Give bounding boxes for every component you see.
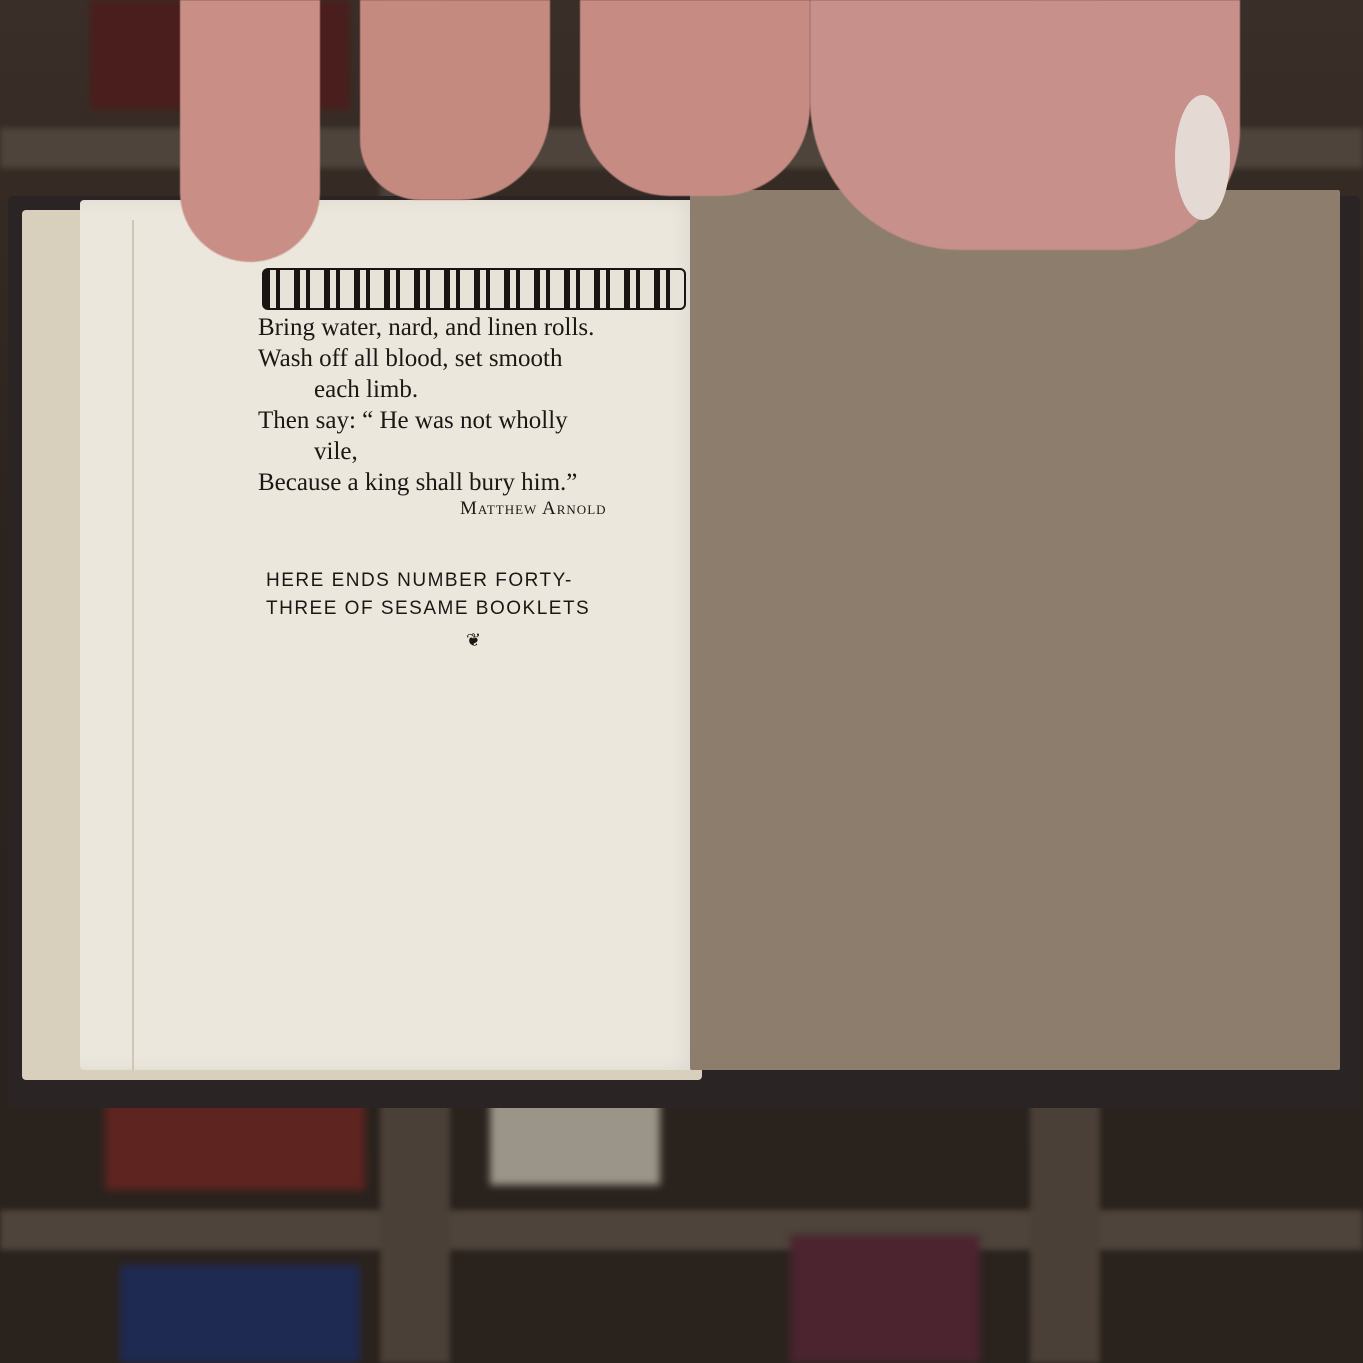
finger-index [180,0,320,262]
poem-text: Bring water, nard, and linen rolls. Wash… [258,312,688,498]
floral-headpiece-ornament [262,268,686,310]
poem-line: Bring water, nard, and linen rolls. [258,312,688,343]
poem-line: Because a king shall bury him.” [258,467,688,498]
colophon-line: THREE OF SESAME BOOKLETS [266,595,686,623]
thumbnail [1175,95,1230,220]
poem-line: Then say: “ He was not wholly [258,405,688,436]
finger-ring [580,0,810,196]
poem-line: each limb. [258,374,688,405]
colophon: HERE ENDS NUMBER FORTY- THREE OF SESAME … [266,567,686,623]
page-gutter-line [132,220,134,1070]
colophon-line: HERE ENDS NUMBER FORTY- [266,567,686,595]
thumb [810,0,1240,250]
blurred-blue-book [120,1265,360,1363]
leaf-ornament-icon: ❦ [466,630,481,651]
right-endpaper [690,190,1340,1070]
poem-author: Matthew Arnold [460,498,607,520]
shelf-plank [0,1210,1363,1250]
blurred-maroon-book [790,1235,980,1363]
finger-middle [360,0,550,200]
poem-line: Wash off all blood, set smooth [258,343,688,374]
poem-line: vile, [258,436,688,467]
